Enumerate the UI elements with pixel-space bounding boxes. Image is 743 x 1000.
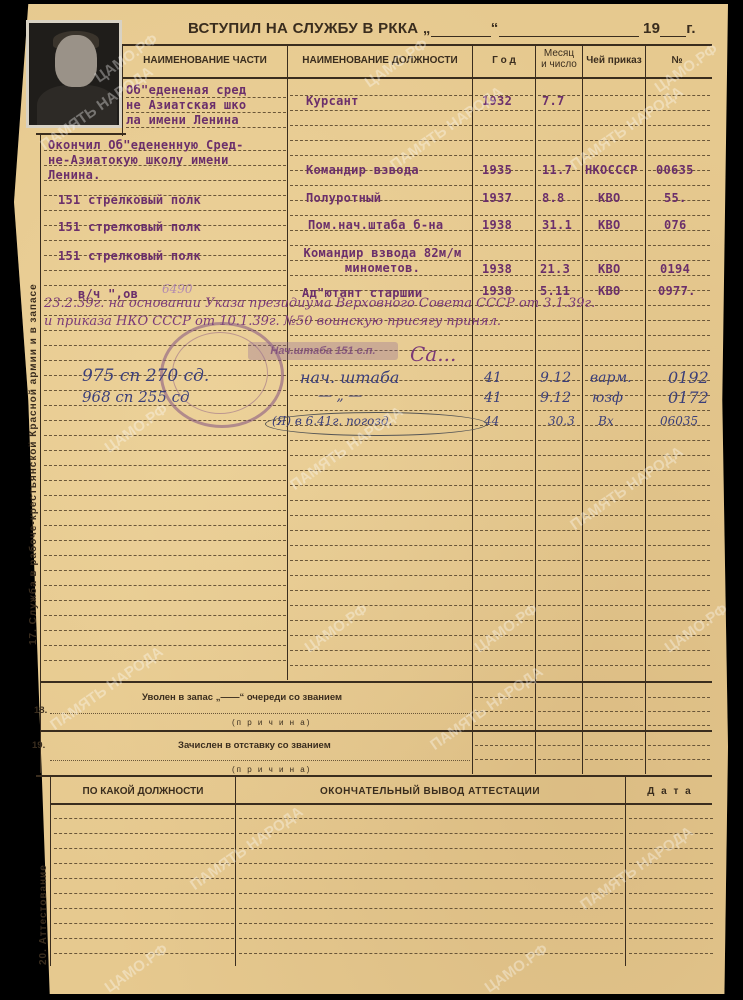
row-1-position: Курсант bbox=[306, 94, 359, 109]
portrait-photo bbox=[26, 20, 122, 128]
header-number: № bbox=[646, 55, 708, 66]
header-unit: НАИМЕНОВАНИЕ ЧАСТИ bbox=[124, 55, 286, 66]
hw-row-1-unit: 975 сп 270 сд. bbox=[82, 366, 209, 386]
circled-entry bbox=[265, 412, 487, 436]
col-divider bbox=[40, 133, 41, 773]
oath-note-line-2: и приказа НКО СССР от 10.1.39г. №50 воин… bbox=[44, 314, 501, 329]
row-1-unit: Об"едененая средне Азиатская школа имени… bbox=[126, 83, 246, 128]
hw-row-2-unit: 968 сп 255 сд bbox=[82, 388, 190, 406]
chief-of-staff-stamp: Нач.штаба 151 с.п. bbox=[248, 342, 398, 360]
attest-header-conclusion: ОКОНЧАТЕЛЬНЫЙ ВЫВОД АТТЕСТАЦИИ bbox=[237, 786, 623, 797]
oath-note-line-1: 23.2.39г. на основании Указа президиума … bbox=[44, 296, 595, 311]
section-17-label: 17. Служба в рабоче-крестьянской Красной… bbox=[28, 283, 39, 645]
header-order-by: Чей приказ bbox=[583, 55, 645, 66]
header-month: Месяци число bbox=[536, 48, 582, 70]
reserve-discharge-label: Уволен в запас „——“ очереди со званием bbox=[142, 692, 342, 703]
signature: Са... bbox=[410, 342, 456, 366]
section-20-label: 20. Аттестование bbox=[38, 864, 49, 965]
page-title: ВСТУПИЛ НА СЛУЖБУ В РККА „“ 19г. bbox=[188, 20, 696, 37]
header-position: НАИМЕНОВАНИЕ ДОЛЖНОСТИ bbox=[289, 55, 471, 66]
attest-header-position: ПО КАКОЙ ДОЛЖНОСТИ bbox=[52, 786, 234, 797]
retirement-label: Зачислен в отставку со званием bbox=[178, 740, 331, 751]
attest-header-date: Д а т а bbox=[627, 786, 713, 797]
row-2-unit: Окончил Об"едененную Сред-не-Азиатокую ш… bbox=[48, 138, 244, 183]
col-divider bbox=[122, 44, 123, 136]
header-year: Г о д bbox=[474, 55, 534, 66]
